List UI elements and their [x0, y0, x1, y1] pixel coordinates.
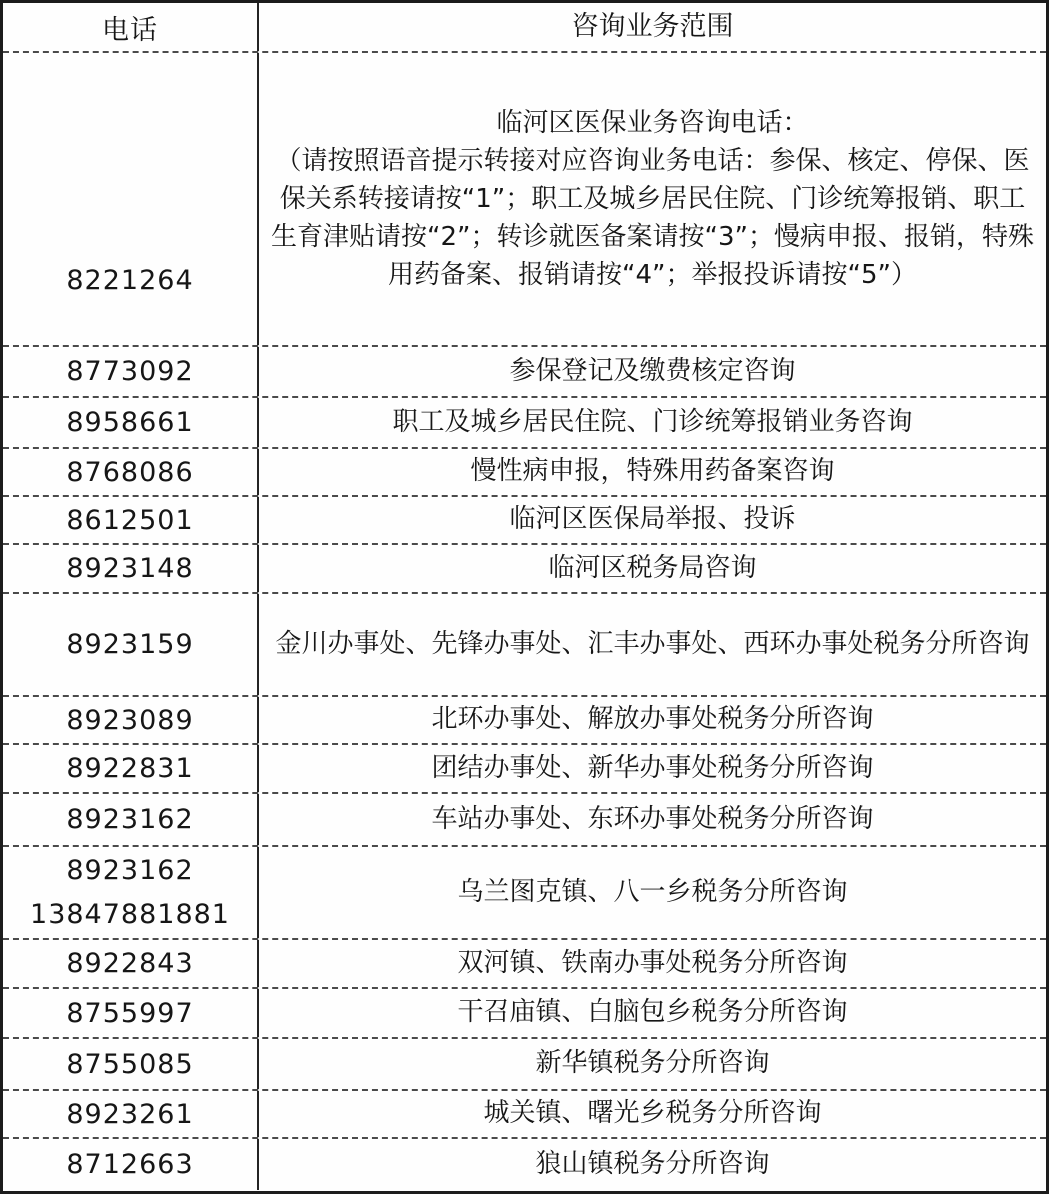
scope-text: 临河区税务局咨询 [548, 550, 756, 588]
scope-cell: 乌兰图克镇、八一乡税务分所咨询 [259, 847, 1046, 938]
scope-text: 双河镇、铁南办事处税务分所咨询 [457, 945, 847, 983]
scope-text: 狼山镇税务分所咨询 [535, 1146, 769, 1184]
scope-cell: 临河区医保局举报、投诉 [259, 497, 1046, 543]
scope-cell: 团结办事处、新华办事处税务分所咨询 [259, 745, 1046, 792]
scope-cell: 临河区医保业务咨询电话： （请按照语音提示转接对应咨询业务电话：参保、核定、停保… [259, 53, 1046, 345]
scope-cell: 车站办事处、东环办事处税务分所咨询 [259, 794, 1046, 845]
scope-cell: 新华镇税务分所咨询 [259, 1039, 1046, 1089]
scope-cell: 城关镇、曙光乡税务分所咨询 [259, 1091, 1046, 1137]
scope-text: 乌兰图克镇、八一乡税务分所咨询 [457, 874, 847, 912]
phone-cell: 8755085 [3, 1039, 259, 1089]
table-row: 8712663 狼山镇税务分所咨询 [3, 1137, 1046, 1190]
scope-text: 临河区医保局举报、投诉 [509, 501, 795, 539]
table-row: 8923089 北环办事处、解放办事处税务分所咨询 [3, 695, 1046, 743]
phone-cell: 8958661 [3, 398, 259, 447]
phone-number: 8712663 [66, 1149, 193, 1180]
table-row: 8755997 干召庙镇、白脑包乡税务分所咨询 [3, 987, 1046, 1037]
phone-cell: 8923261 [3, 1091, 259, 1137]
table-row: 8958661 职工及城乡居民住院、门诊统筹报销业务咨询 [3, 396, 1046, 447]
phone-cell: 8773092 [3, 347, 259, 396]
scope-cell: 金川办事处、先锋办事处、汇丰办事处、西环办事处税务分所咨询 [259, 594, 1046, 695]
phone-cell: 8755997 [3, 989, 259, 1037]
table-row: 8922831 团结办事处、新华办事处税务分所咨询 [3, 743, 1046, 792]
scope-text: 北环办事处、解放办事处税务分所咨询 [431, 701, 873, 739]
table-row: 8755085 新华镇税务分所咨询 [3, 1037, 1046, 1089]
header-phone-label: 电话 [102, 8, 158, 47]
phone-number: 8768086 [66, 457, 193, 488]
scope-text: 慢性病申报，特殊用药备案咨询 [470, 453, 834, 491]
table-row: 8923148 临河区税务局咨询 [3, 543, 1046, 592]
scope-text: 团结办事处、新华办事处税务分所咨询 [431, 750, 873, 788]
phone-number: 8923159 [66, 629, 193, 660]
table-row: 8923261 城关镇、曙光乡税务分所咨询 [3, 1089, 1046, 1137]
phone-number-secondary: 13847881881 [30, 893, 230, 937]
scope-cell: 双河镇、铁南办事处税务分所咨询 [259, 940, 1046, 987]
phone-cell: 8768086 [3, 449, 259, 495]
scope-cell: 职工及城乡居民住院、门诊统筹报销业务咨询 [259, 398, 1046, 447]
phone-cell: 8923162 13847881881 [3, 847, 259, 938]
scope-cell: 干召庙镇、白脑包乡税务分所咨询 [259, 989, 1046, 1037]
scope-cell: 参保登记及缴费核定咨询 [259, 347, 1046, 396]
phone-cell: 8221264 [3, 53, 259, 345]
table-row: 8923159 金川办事处、先锋办事处、汇丰办事处、西环办事处税务分所咨询 [3, 592, 1046, 695]
header-scope-label: 咨询业务范围 [572, 7, 734, 46]
phone-number: 8923148 [66, 553, 193, 584]
table-row: 8221264 临河区医保业务咨询电话： （请按照语音提示转接对应咨询业务电话：… [3, 51, 1046, 345]
table-header-row: 电话 咨询业务范围 [3, 3, 1046, 51]
header-scope-cell: 咨询业务范围 [259, 3, 1046, 51]
phone-number: 8923162 [66, 849, 193, 893]
table-row: 8612501 临河区医保局举报、投诉 [3, 495, 1046, 543]
scope-title: 临河区医保业务咨询电话： [496, 104, 808, 142]
scope-text: 车站办事处、东环办事处税务分所咨询 [431, 801, 873, 839]
table-row: 8922843 双河镇、铁南办事处税务分所咨询 [3, 938, 1046, 987]
phone-number: 8958661 [66, 407, 193, 438]
phone-cell: 8923089 [3, 697, 259, 743]
scope-text: 新华镇税务分所咨询 [535, 1045, 769, 1083]
phone-directory-table: 电话 咨询业务范围 8221264 临河区医保业务咨询电话： （请按照语音提示转… [0, 0, 1049, 1194]
scope-cell: 慢性病申报，特殊用药备案咨询 [259, 449, 1046, 495]
phone-cell: 8923148 [3, 545, 259, 592]
table-row: 8923162 车站办事处、东环办事处税务分所咨询 [3, 792, 1046, 845]
phone-cell: 8612501 [3, 497, 259, 543]
scope-cell: 北环办事处、解放办事处税务分所咨询 [259, 697, 1046, 743]
phone-number: 8755085 [66, 1049, 193, 1080]
header-phone-cell: 电话 [3, 3, 259, 51]
scope-text: （请按照语音提示转接对应咨询业务电话：参保、核定、停保、医保关系转接请按“1”；… [267, 142, 1038, 294]
scope-text: 干召庙镇、白脑包乡税务分所咨询 [457, 994, 847, 1032]
phone-number: 8923089 [66, 705, 193, 736]
phone-cell: 8923162 [3, 794, 259, 845]
scope-text: 城关镇、曙光乡税务分所咨询 [483, 1095, 821, 1133]
phone-number: 8221264 [66, 265, 193, 296]
scope-cell: 狼山镇税务分所咨询 [259, 1139, 1046, 1190]
phone-number: 8922843 [66, 948, 193, 979]
phone-cell: 8922843 [3, 940, 259, 987]
document-page: 电话 咨询业务范围 8221264 临河区医保业务咨询电话： （请按照语音提示转… [0, 0, 1049, 1194]
phone-number: 8923162 [66, 804, 193, 835]
table-row: 8773092 参保登记及缴费核定咨询 [3, 345, 1046, 396]
scope-cell: 临河区税务局咨询 [259, 545, 1046, 592]
table-row: 8768086 慢性病申报，特殊用药备案咨询 [3, 447, 1046, 495]
phone-cell: 8712663 [3, 1139, 259, 1190]
phone-cell: 8922831 [3, 745, 259, 792]
phone-cell: 8923159 [3, 594, 259, 695]
phone-number: 8922831 [66, 753, 193, 784]
scope-text: 职工及城乡居民住院、门诊统筹报销业务咨询 [392, 404, 912, 442]
table-row: 8923162 13847881881 乌兰图克镇、八一乡税务分所咨询 [3, 845, 1046, 938]
scope-text: 参保登记及缴费核定咨询 [509, 353, 795, 391]
phone-number: 8773092 [66, 356, 193, 387]
phone-number: 8612501 [66, 505, 193, 536]
phone-number: 8923261 [66, 1099, 193, 1130]
scope-text: 金川办事处、先锋办事处、汇丰办事处、西环办事处税务分所咨询 [275, 626, 1029, 664]
phone-number: 8755997 [66, 998, 193, 1029]
